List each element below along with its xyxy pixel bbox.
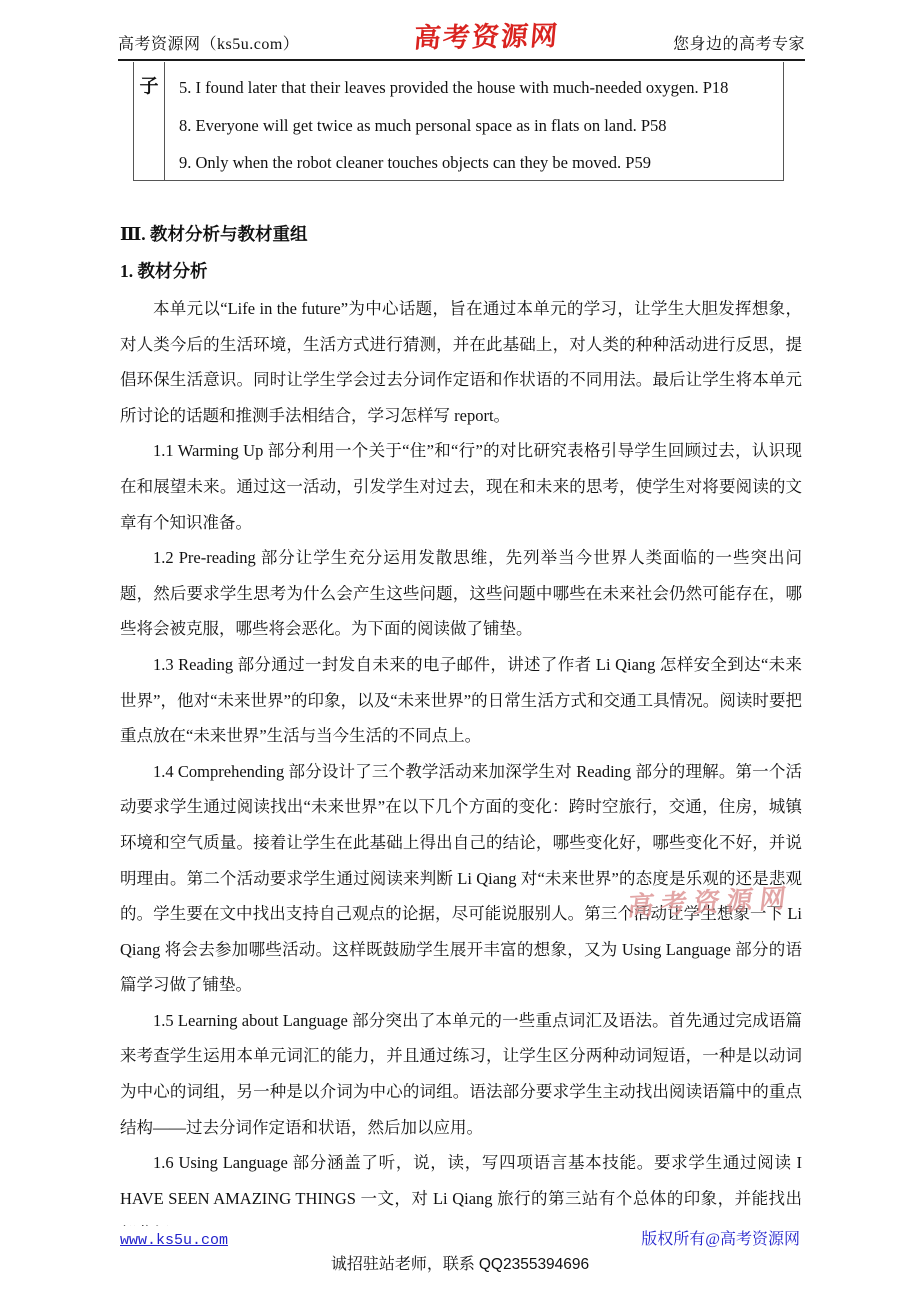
table-sentence-list: 5. I found later that their leaves provi… xyxy=(165,62,783,180)
footer-contact-qq: QQ2355394696 xyxy=(479,1256,589,1273)
body-paragraphs: 本单元以“Life in the future”为中心话题，旨在通过本单元的学习… xyxy=(120,291,802,1226)
paragraph: 1.1 Warming Up 部分利用一个关于“住”和“行”的对比研究表格引导学… xyxy=(120,433,802,540)
main-content: Ⅲ. 教材分析与教材重组 1. 教材分析 本单元以“Life in the fu… xyxy=(120,221,802,1226)
document-page: 高考资源网（ks5u.com） 高考资源网 您身边的高考专家 子 5. I fo… xyxy=(0,0,920,1302)
subsection-heading: 1. 教材分析 xyxy=(120,258,802,284)
section-heading: Ⅲ. 教材分析与教材重组 xyxy=(120,221,802,247)
table-sentence: 8. Everyone will get twice as much perso… xyxy=(179,107,777,145)
sentence-table: 子 5. I found later that their leaves pro… xyxy=(133,62,784,181)
footer-contact: 诚招驻站老师，联系 QQ2355394696 xyxy=(120,1251,800,1274)
header-site-name: 高考资源网（ks5u.com） xyxy=(118,31,299,54)
paragraph: 1.6 Using Language 部分涵盖了听，说，读，写四项语言基本技能。… xyxy=(120,1145,802,1226)
page-footer: www.ks5u.com 版权所有@高考资源网 诚招驻站老师，联系 QQ2355… xyxy=(120,1226,800,1274)
paragraph: 1.3 Reading 部分通过一封发自未来的电子邮件，讲述了作者 Li Qia… xyxy=(120,647,802,754)
site-logo: 高考资源网 xyxy=(412,23,560,53)
table-sentence: 9. Only when the robot cleaner touches o… xyxy=(179,144,777,182)
paragraph: 1.2 Pre-reading 部分让学生充分运用发散思维，先列举当今世界人类面… xyxy=(120,540,802,647)
footer-copyright: 版权所有@高考资源网 xyxy=(641,1226,800,1249)
header-slogan: 您身边的高考专家 xyxy=(673,31,805,54)
paragraph: 1.5 Learning about Language 部分突出了本单元的一些重… xyxy=(120,1003,802,1145)
page-header: 高考资源网（ks5u.com） 高考资源网 您身边的高考专家 xyxy=(118,0,805,61)
footer-contact-label: 诚招驻站老师，联系 xyxy=(331,1256,479,1273)
footer-site-link[interactable]: www.ks5u.com xyxy=(120,1232,228,1249)
table-sentence: 5. I found later that their leaves provi… xyxy=(179,69,777,107)
paragraph: 1.4 Comprehending 部分设计了三个教学活动来加深学生对 Read… xyxy=(120,754,802,1003)
paragraph: 本单元以“Life in the future”为中心话题，旨在通过本单元的学习… xyxy=(120,291,802,433)
table-row-label: 子 xyxy=(134,62,165,180)
